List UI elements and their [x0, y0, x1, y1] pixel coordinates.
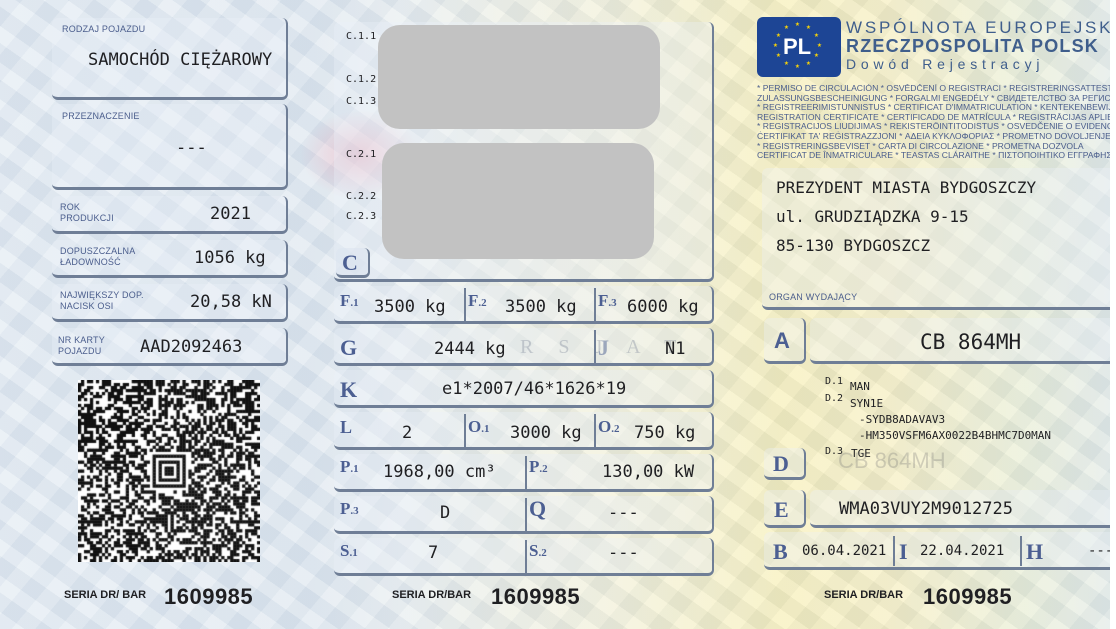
vehicle-card-label-1: NR KARTY [58, 335, 105, 346]
e-code: E [774, 499, 789, 521]
c11-label: C.1.1 [346, 31, 376, 42]
p3-value: D [440, 503, 450, 523]
c21-label: C.2.1 [346, 149, 376, 160]
payload-label-1: DOPUSZCZALNA [60, 246, 135, 257]
purpose-value: --- [176, 138, 207, 158]
g-value: 2444 kg [434, 339, 506, 359]
a-value: CB 864MH [920, 330, 1021, 354]
serial-number-middle: 1609985 [491, 584, 580, 610]
g-code: G [340, 337, 357, 359]
header-line-3: Dowód Rejestracyj [846, 56, 1044, 72]
d2-value-line-3: -HM350VSFM6AX0022B4BHMC7D0MAN [859, 429, 1051, 442]
2d-barcode-icon [78, 380, 260, 562]
authority-line-2: ul. GRUDZIĄDZKA 9-15 [776, 207, 969, 226]
payload-label-2: ŁADOWNOŚĆ [60, 257, 121, 268]
s1-code: S.1 [340, 540, 358, 564]
authority-label: ORGAN WYDAJĄCY [769, 292, 857, 303]
axle-load-label-1: NAJWIĘKSZY DOP. [60, 290, 144, 301]
purpose-label: PRZEZNACZENIE [62, 111, 140, 122]
serial-label-left: SERIA DR/ BAR [64, 589, 146, 601]
p1-code: P.1 [340, 456, 359, 480]
s2-code: S.2 [529, 540, 547, 564]
q-code: Q [529, 498, 546, 520]
p2-value: 130,00 kW [602, 462, 694, 482]
eu-flag-icon: PL ★★★★★★★★★★★★ [757, 17, 841, 77]
d2-label: D.2 [825, 393, 843, 404]
authority-line-1: PREZYDENT MIASTA BYDGOSZCZY [776, 178, 1036, 197]
header-line-2: RZECZPOSPOLITA POLSK [846, 36, 1099, 57]
vehicle-card-value: AAD2092463 [140, 337, 242, 357]
redaction-holder [382, 143, 654, 259]
f3-code: F.3 [598, 290, 617, 314]
ghost-registration: CB 864MH [838, 448, 946, 474]
j-code: J [598, 337, 609, 359]
b-code: B [773, 541, 788, 563]
p3-row-box [334, 496, 714, 534]
s1-value: 7 [428, 543, 438, 563]
o1-value: 3000 kg [510, 423, 582, 443]
axle-load-value: 20,58 kN [190, 292, 272, 312]
i-value: 22.04.2021 [920, 543, 1004, 559]
h-code: H [1026, 541, 1043, 563]
c13-label: C.1.3 [346, 96, 376, 107]
serial-label-middle: SERIA DR/BAR [392, 589, 471, 601]
f2-value: 3500 kg [505, 297, 577, 317]
scan-edge [1110, 0, 1116, 629]
production-year-label-1: ROK [60, 202, 80, 213]
production-year-label-2: PRODUKCJI [60, 213, 114, 224]
axle-load-label-2: NACISK OSI [60, 301, 114, 312]
l-separator-1 [464, 414, 466, 448]
k-code: K [340, 379, 357, 401]
header-line-1: WSPÓLNOTA EUROPEJSK [846, 18, 1113, 38]
d1-value: MAN [850, 380, 870, 393]
vehicle-type-value: SAMOCHÓD CIĘŻAROWY [88, 50, 272, 70]
c-code: C [342, 252, 358, 274]
p1-value: 1968,00 cm³ [383, 462, 496, 482]
serial-label-right: SERIA DR/BAR [824, 589, 903, 601]
a-code: A [774, 330, 790, 352]
p2-code: P.2 [529, 456, 548, 480]
serial-number-right: 1609985 [923, 584, 1012, 610]
s-separator [525, 540, 527, 574]
f3-value: 6000 kg [627, 297, 699, 317]
f-separator-1 [464, 288, 466, 322]
payload-value: 1056 kg [194, 248, 266, 268]
q-value: --- [608, 503, 639, 523]
d-code: D [773, 453, 789, 475]
serial-number-left: 1609985 [164, 584, 253, 610]
vehicle-type-label: RODZAJ POJAZDU [62, 24, 145, 35]
c23-label: C.2.3 [346, 211, 376, 222]
d2-value: SYN1E [850, 397, 883, 410]
l-separator-2 [594, 414, 596, 448]
production-year-value: 2021 [210, 204, 251, 224]
s2-value: --- [608, 543, 639, 563]
f2-code: F.2 [468, 290, 487, 314]
dates-separator-2 [1020, 536, 1022, 566]
f1-code: F.1 [340, 290, 359, 314]
authority-line-3: 85-130 BYDGOSZCZ [776, 236, 930, 255]
d1-label: D.1 [825, 376, 843, 387]
l-value: 2 [402, 423, 412, 443]
s-row-box [334, 538, 714, 576]
g-separator [594, 330, 596, 364]
redaction-owner [378, 25, 660, 129]
o1-code: O.1 [468, 416, 489, 440]
c22-label: C.2.2 [346, 191, 376, 202]
i-code: I [899, 541, 908, 563]
l-code: L [340, 416, 352, 438]
k-value: e1*2007/46*1626*19 [442, 379, 626, 399]
multilingual-titles: * PERMISO DE CIRCULACIÓN * OSVĚDČENÍ O R… [757, 84, 1116, 161]
dates-separator-1 [893, 536, 895, 566]
o2-value: 750 kg [634, 423, 695, 443]
j-value: N1 [665, 339, 685, 359]
p3-separator [525, 498, 527, 532]
c12-label: C.1.2 [346, 74, 376, 85]
o2-code: O.2 [598, 416, 619, 440]
f1-value: 3500 kg [374, 297, 446, 317]
d2-value-line-2: -SYDB8ADAVAV3 [859, 413, 945, 426]
p3-code: P.3 [340, 498, 359, 522]
b-value: 06.04.2021 [802, 543, 886, 559]
e-value: WMA03VUY2M9012725 [839, 499, 1013, 519]
vehicle-card-label-2: POJAZDU [58, 346, 101, 357]
f-separator-2 [594, 288, 596, 322]
p1-separator [525, 456, 527, 490]
